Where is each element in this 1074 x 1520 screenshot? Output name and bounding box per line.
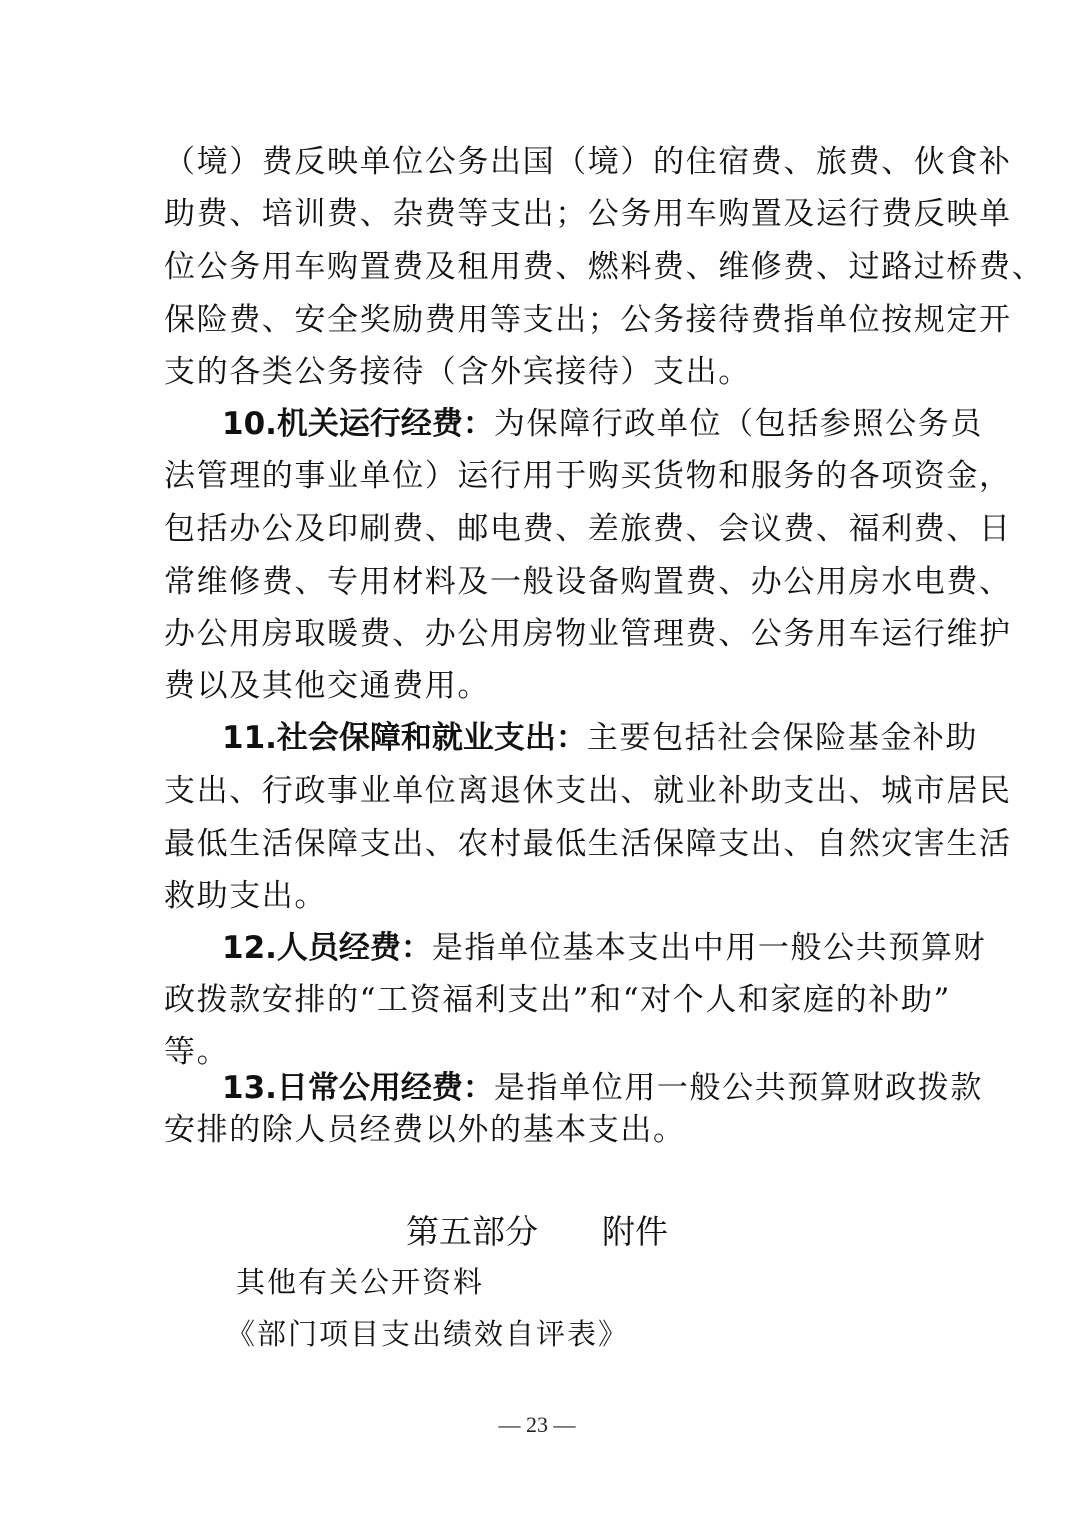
item-12-first-line: 12.人员经费：是指单位基本支出中用一般公共预算财 xyxy=(222,930,914,966)
paragraph-line: 支的各类公务接待（含外宾接待）支出。 xyxy=(164,354,914,390)
paragraph-line: 等。 xyxy=(164,1034,914,1070)
paragraph-line: （境）费反映单位公务出国（境）的住宿费、旅费、伙食补 xyxy=(164,144,914,180)
item-text: 是指单位基本支出中用一般公共预算财 xyxy=(432,930,986,966)
item-11-first-line: 11.社会保障和就业支出：主要包括社会保险基金补助 xyxy=(222,720,914,756)
paragraph-line: 最低生活保障支出、农村最低生活保障支出、自然灾害生活 xyxy=(164,826,914,862)
item-text: 为保障行政单位（包括参照公务员 xyxy=(494,406,983,442)
paragraph-line: 办公用房取暖费、办公用房物业管理费、公务用车运行维护 xyxy=(164,616,914,652)
attachment-item: 其他有关公开资料 xyxy=(236,1260,484,1301)
item-13-first-line: 13.日常公用经费：是指单位用一般公共预算财政拨款 xyxy=(222,1070,914,1106)
paragraph-line: 法管理的事业单位）运行用于购买货物和服务的各项资金， xyxy=(164,458,914,494)
paragraph-line: 包括办公及印刷费、邮电费、差旅费、会议费、福利费、日 xyxy=(164,511,914,547)
attachment-item: 《部门项目支出绩效自评表》 xyxy=(226,1312,629,1353)
item-term: 10.机关运行经费： xyxy=(222,406,494,442)
item-text: 是指单位用一般公共预算财政拨款 xyxy=(494,1070,983,1106)
paragraph-line: 救助支出。 xyxy=(164,878,914,914)
paragraph-line: 助费、培训费、杂费等支出；公务用车购置及运行费反映单 xyxy=(164,196,914,232)
paragraph-line: 位公务用车购置费及租用费、燃料费、维修费、过路过桥费、 xyxy=(164,249,914,285)
item-10-first-line: 10.机关运行经费：为保障行政单位（包括参照公务员 xyxy=(222,406,914,442)
paragraph-line: 安排的除人员经费以外的基本支出。 xyxy=(164,1112,914,1148)
paragraph-line: 常维修费、专用材料及一般设备购置费、办公用房水电费、 xyxy=(164,564,914,600)
paragraph-line: 政拨款安排的“工资福利支出”和“对个人和家庭的补助” xyxy=(164,982,914,1018)
paragraph-line: 支出、行政事业单位离退休支出、就业补助支出、城市居民 xyxy=(164,773,914,809)
section-part: 第五部分 xyxy=(406,1206,538,1253)
section-name: 附件 xyxy=(602,1206,668,1253)
page-number: — 23 — xyxy=(0,1412,1074,1438)
item-text: 主要包括社会保险基金补助 xyxy=(587,720,978,756)
item-term: 12.人员经费： xyxy=(222,930,432,966)
item-term: 13.日常公用经费： xyxy=(222,1070,494,1106)
item-term: 11.社会保障和就业支出： xyxy=(222,720,587,756)
paragraph-line: 费以及其他交通费用。 xyxy=(164,668,914,704)
paragraph-line: 保险费、安全奖励费用等支出；公务接待费指单位按规定开 xyxy=(164,302,914,338)
section-heading: 第五部分附件 xyxy=(0,1206,1074,1253)
